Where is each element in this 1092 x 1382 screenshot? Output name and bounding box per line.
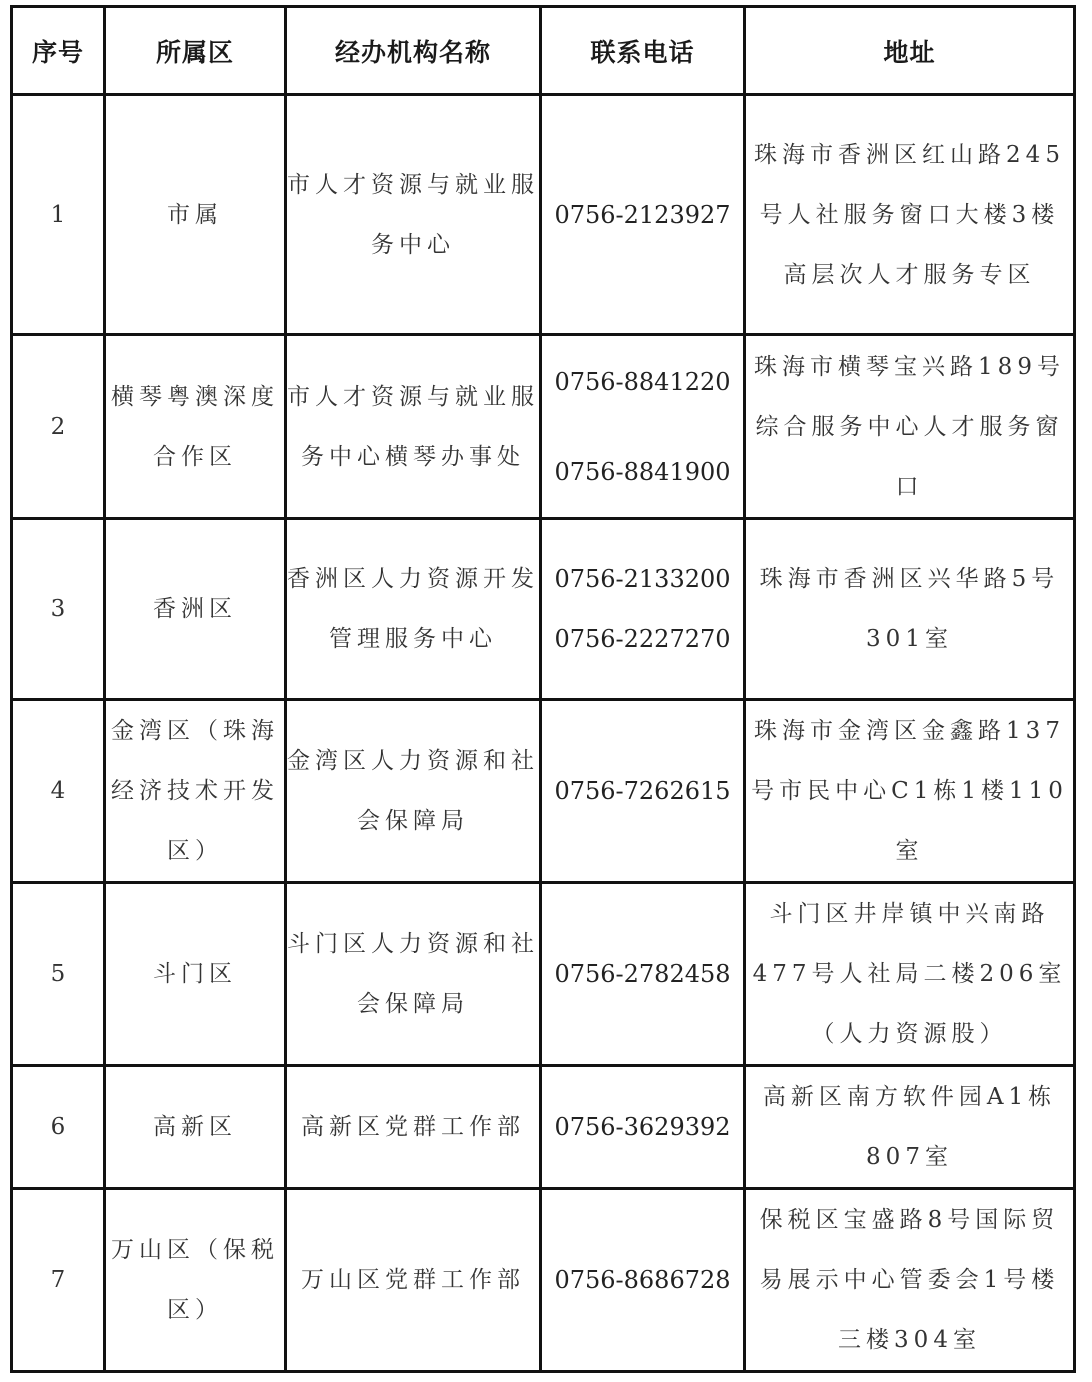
row-address: 珠海市横琴宝兴路189号综合服务中心人才服务窗口 (745, 335, 1075, 519)
row-phone: 0756-8841220 0756-8841900 (541, 335, 745, 519)
row-address: 珠海市香洲区红山路245号人社服务窗口大楼3楼高层次人才服务专区 (745, 95, 1075, 335)
header-district: 所属区 (105, 7, 286, 95)
phone-number: 0756-7262615 (542, 761, 743, 821)
row-district: 香洲区 (105, 519, 286, 700)
row-index: 4 (12, 700, 105, 883)
phone-number: 0756-8841900 (542, 442, 743, 502)
table-row: 5 斗门区 斗门区人力资源和社会保障局 0756-2782458 斗门区井岸镇中… (12, 883, 1075, 1066)
header-agency-name: 经办机构名称 (286, 7, 541, 95)
phone-number: 0756-2123927 (542, 185, 743, 245)
phone-number: 0756-2133200 (542, 549, 743, 609)
table-row: 3 香洲区 香洲区人力资源开发管理服务中心 0756-2133200 0756-… (12, 519, 1075, 700)
row-phone: 0756-3629392 (541, 1066, 745, 1189)
row-phone: 0756-7262615 (541, 700, 745, 883)
row-district: 万山区（保税区） (105, 1189, 286, 1372)
row-phone: 0756-8686728 (541, 1189, 745, 1372)
row-index: 7 (12, 1189, 105, 1372)
row-district: 金湾区（珠海经济技术开发区） (105, 700, 286, 883)
row-agency: 市人才资源与就业服务中心 (286, 95, 541, 335)
row-index: 6 (12, 1066, 105, 1189)
row-address: 珠海市香洲区兴华路5号301室 (745, 519, 1075, 700)
row-address: 高新区南方软件园A1栋807室 (745, 1066, 1075, 1189)
table-row: 1 市属 市人才资源与就业服务中心 0756-2123927 珠海市香洲区红山路… (12, 95, 1075, 335)
row-phone: 0756-2133200 0756-2227270 (541, 519, 745, 700)
table-header-row: 序号 所属区 经办机构名称 联系电话 地址 (12, 7, 1075, 95)
row-index: 1 (12, 95, 105, 335)
agency-contact-table: 序号 所属区 经办机构名称 联系电话 地址 1 市属 市人才资源与就业服务中心 … (10, 5, 1076, 1373)
row-address: 珠海市金湾区金鑫路137号市民中心C1栋1楼110室 (745, 700, 1075, 883)
row-index: 3 (12, 519, 105, 700)
row-district: 斗门区 (105, 883, 286, 1066)
row-address: 保税区宝盛路8号国际贸易展示中心管委会1号楼三楼304室 (745, 1189, 1075, 1372)
phone-number: 0756-2227270 (542, 609, 743, 669)
phone-number: 0756-8686728 (542, 1250, 743, 1310)
row-district: 横琴粤澳深度合作区 (105, 335, 286, 519)
row-district: 高新区 (105, 1066, 286, 1189)
row-phone: 0756-2782458 (541, 883, 745, 1066)
row-index: 5 (12, 883, 105, 1066)
phone-number: 0756-2782458 (542, 944, 743, 1004)
table-row: 4 金湾区（珠海经济技术开发区） 金湾区人力资源和社会保障局 0756-7262… (12, 700, 1075, 883)
phone-number: 0756-3629392 (542, 1097, 743, 1157)
row-index: 2 (12, 335, 105, 519)
header-index: 序号 (12, 7, 105, 95)
row-district: 市属 (105, 95, 286, 335)
row-agency: 高新区党群工作部 (286, 1066, 541, 1189)
header-address: 地址 (745, 7, 1075, 95)
row-phone: 0756-2123927 (541, 95, 745, 335)
row-agency: 市人才资源与就业服务中心横琴办事处 (286, 335, 541, 519)
row-agency: 金湾区人力资源和社会保障局 (286, 700, 541, 883)
table-row: 6 高新区 高新区党群工作部 0756-3629392 高新区南方软件园A1栋8… (12, 1066, 1075, 1189)
table-row: 2 横琴粤澳深度合作区 市人才资源与就业服务中心横琴办事处 0756-88412… (12, 335, 1075, 519)
row-agency: 万山区党群工作部 (286, 1189, 541, 1372)
row-agency: 斗门区人力资源和社会保障局 (286, 883, 541, 1066)
phone-number: 0756-8841220 (542, 352, 743, 412)
header-phone: 联系电话 (541, 7, 745, 95)
row-address: 斗门区井岸镇中兴南路477号人社局二楼206室（人力资源股） (745, 883, 1075, 1066)
table-row: 7 万山区（保税区） 万山区党群工作部 0756-8686728 保税区宝盛路8… (12, 1189, 1075, 1372)
row-agency: 香洲区人力资源开发管理服务中心 (286, 519, 541, 700)
